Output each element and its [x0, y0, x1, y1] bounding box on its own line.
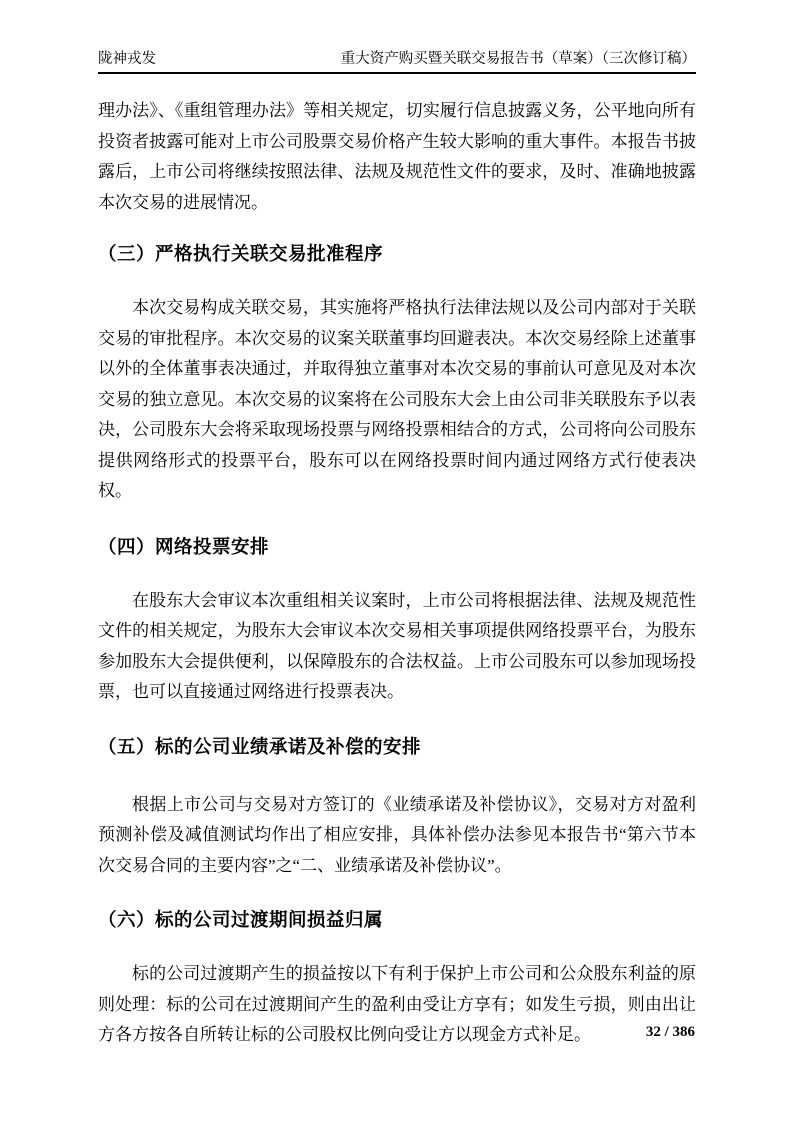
body-paragraph-continuation: 理办法》、《重组管理办法》等相关规定，切实履行信息披露义务，公平地向所有投资者披…: [98, 96, 696, 218]
document-body: 理办法》、《重组管理办法》等相关规定，切实履行信息披露义务，公平地向所有投资者披…: [98, 96, 696, 1051]
body-paragraph-approval-procedure: 本次交易构成关联交易，其实施将严格执行法律法规以及公司内部对于关联交易的审批程序…: [98, 293, 696, 507]
body-paragraph-transition-period: 标的公司过渡期产生的损益按以下有利于保护上市公司和公众股东利益的原则处理：标的公…: [98, 959, 696, 1051]
section-heading-approval-procedure: （三）严格执行关联交易批准程序: [98, 243, 696, 265]
section-heading-performance-commitment: （五）标的公司业绩承诺及补偿的安排: [98, 736, 696, 758]
body-paragraph-online-voting: 在股东大会审议本次重组相关议案时，上市公司将根据法律、法规及规范性文件的相关规定…: [98, 586, 696, 708]
page-number: 32 / 386: [646, 1024, 695, 1040]
header-company-name: 陇神戎发: [98, 50, 156, 68]
section-heading-transition-period: （六）标的公司过渡期间损益归属: [98, 909, 696, 931]
page-header: 陇神戎发 重大资产购买暨关联交易报告书（草案）（三次修订稿）: [98, 50, 696, 74]
document-page: 陇神戎发 重大资产购买暨关联交易报告书（草案）（三次修订稿） 理办法》、《重组管…: [0, 0, 793, 1122]
section-heading-online-voting: （四）网络投票安排: [98, 536, 696, 558]
header-report-title: 重大资产购买暨关联交易报告书（草案）（三次修订稿）: [341, 50, 696, 68]
body-paragraph-performance-commitment: 根据上市公司与交易对方签订的《业绩承诺及补偿协议》，交易对方对盈利预测补偿及减值…: [98, 790, 696, 882]
page-footer: 32 / 386: [646, 1022, 695, 1042]
